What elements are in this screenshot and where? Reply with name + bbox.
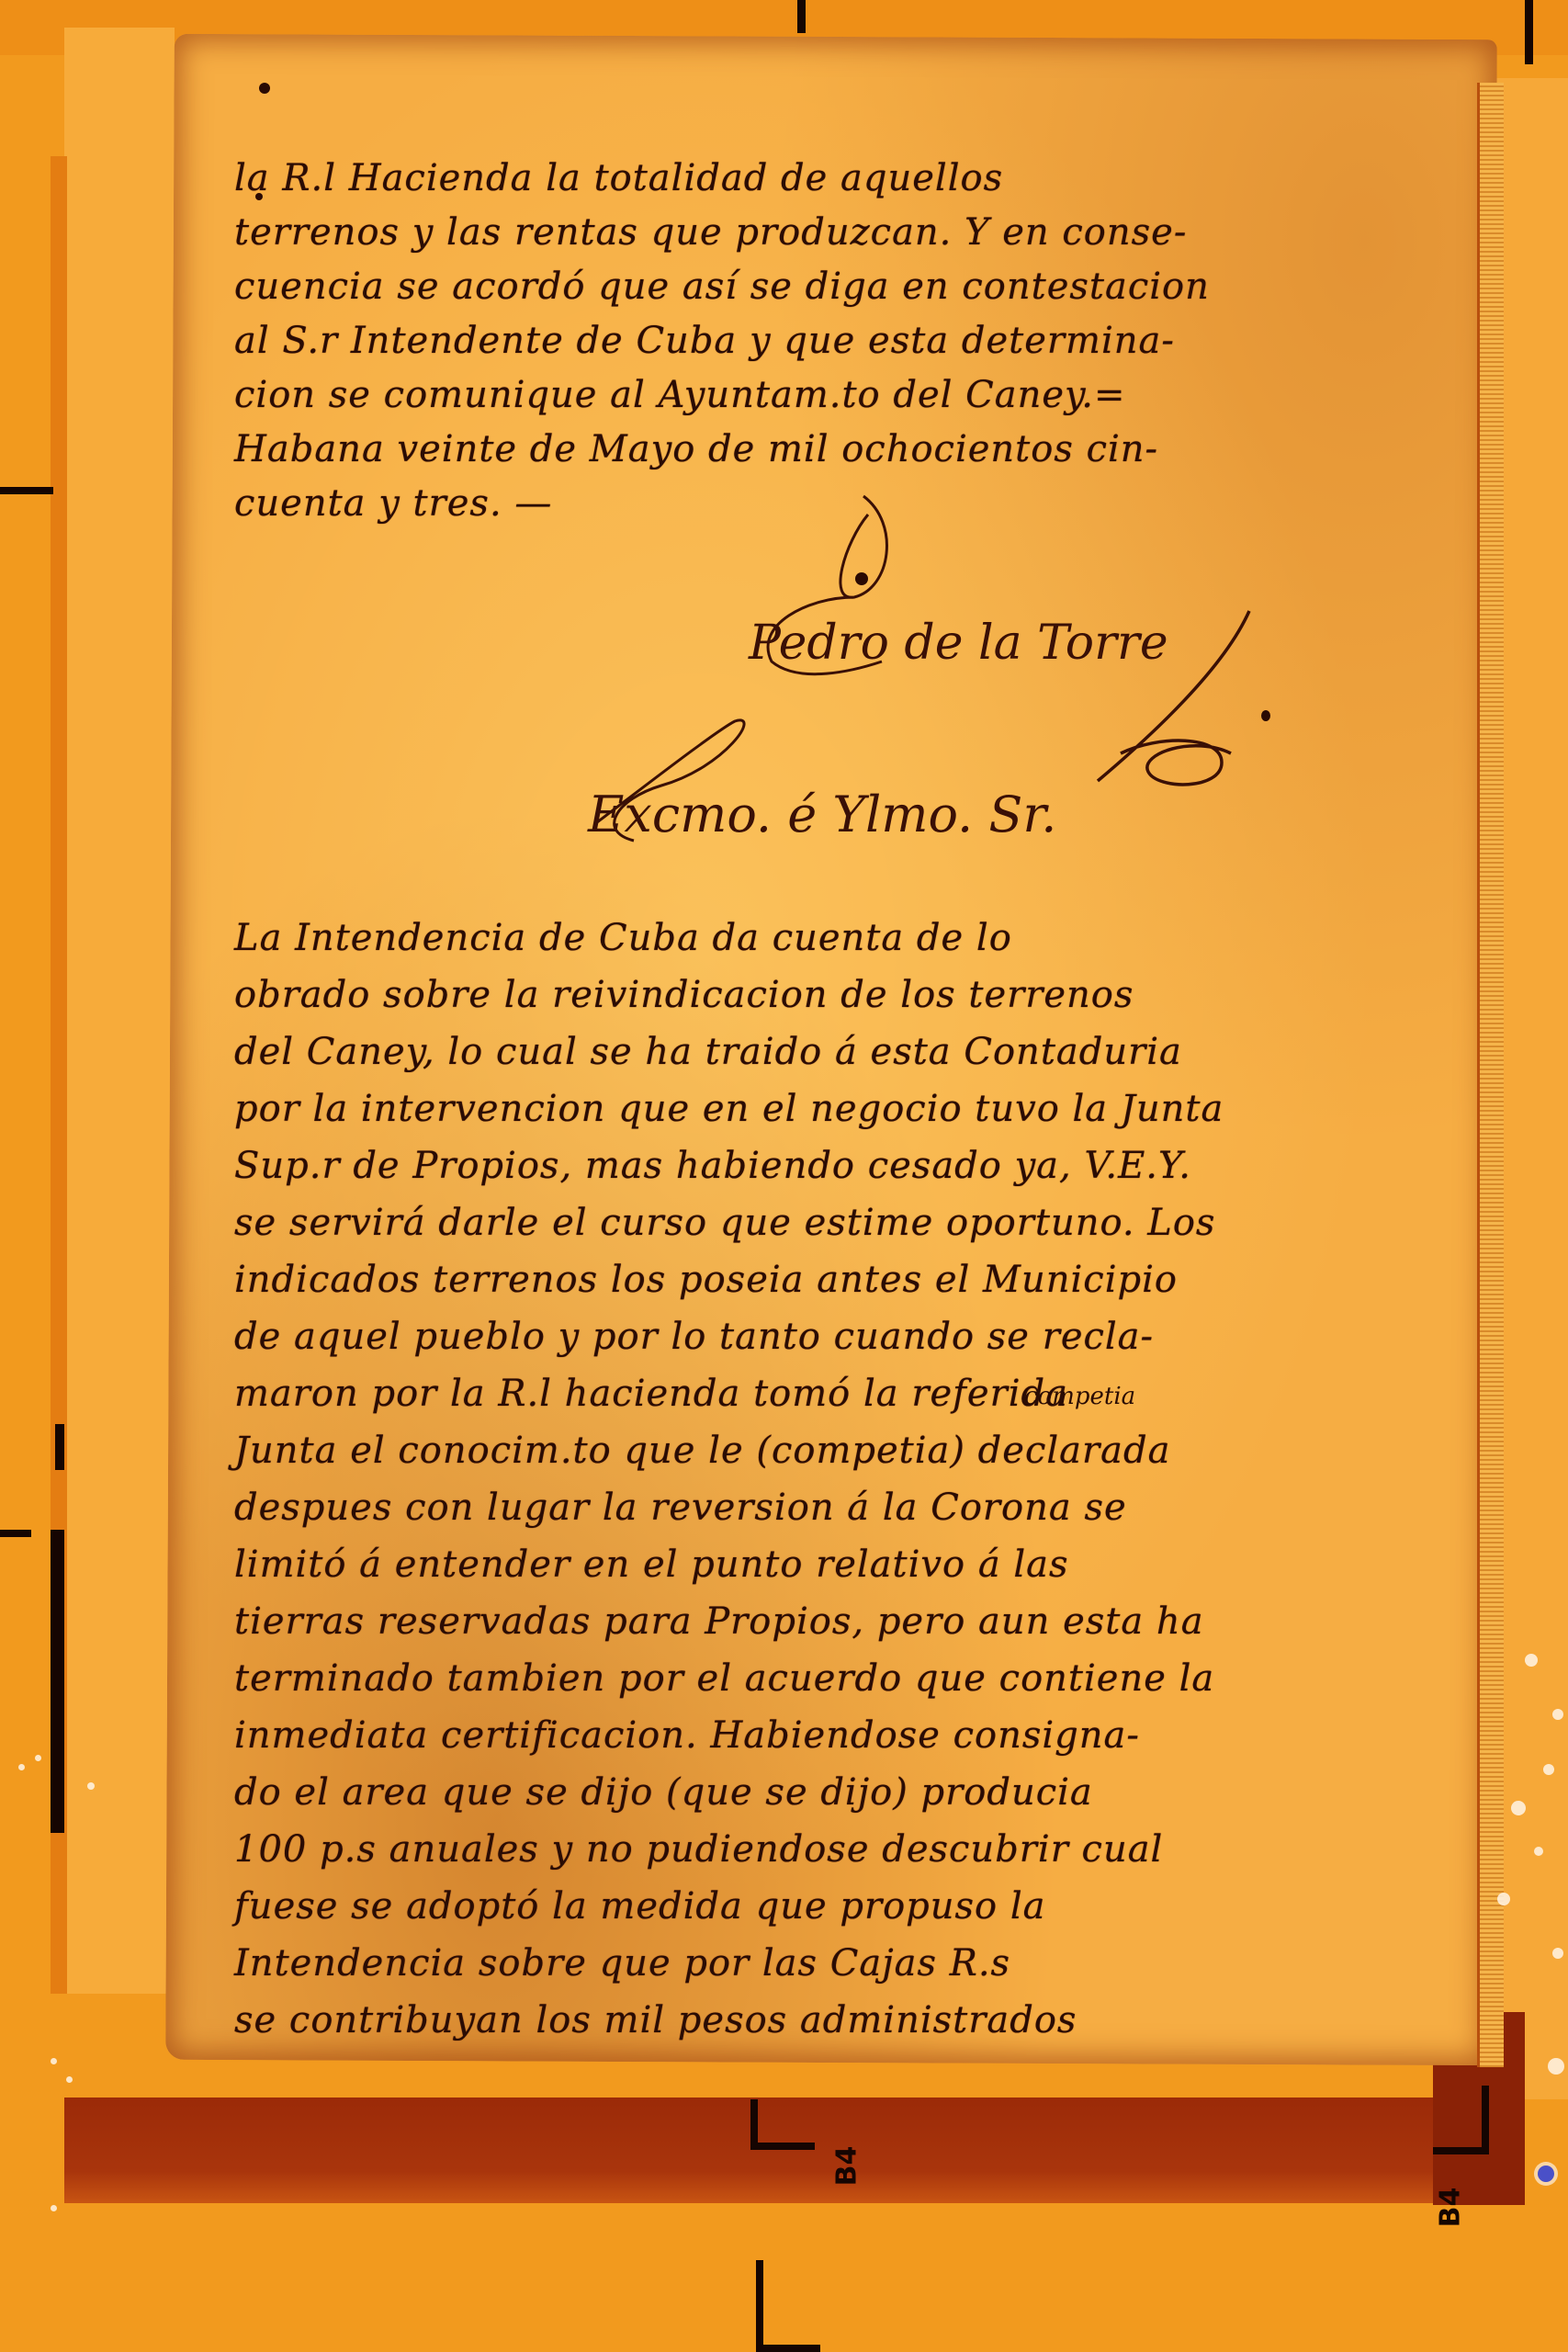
- manuscript-line: terminado tambien por el acuerdo que con…: [234, 1650, 1465, 1707]
- manuscript-line: 100 p.s anuales y no pudiendose descubri…: [234, 1821, 1465, 1878]
- manuscript-line: del Caney, lo cual se ha traido á esta C…: [234, 1023, 1465, 1080]
- interlinear-correction: competia: [1024, 1383, 1135, 1410]
- crop-mark: [0, 1530, 31, 1537]
- manuscript-line: terrenos y las rentas que produzcan. Y e…: [234, 206, 1465, 260]
- archive-label-b4: B4: [830, 2146, 863, 2187]
- dust-spot: [1552, 1709, 1563, 1720]
- manuscript-line: Junta el conocim.to que le (competia) de…: [234, 1422, 1465, 1479]
- dust-spot: [87, 1782, 95, 1790]
- crop-mark-corner: [750, 2143, 815, 2150]
- manuscript-line: inmediata certificacion. Habiendose cons…: [234, 1707, 1465, 1764]
- signature-rubric-icon: [1084, 597, 1286, 808]
- archive-label-b4: B4: [1434, 2188, 1466, 2228]
- crop-mark-corner: [1482, 2086, 1489, 2154]
- manuscript-line: cion se comunique al Ayuntam.to del Cane…: [234, 368, 1465, 423]
- paragraph-report: La Intendencia de Cuba da cuenta de lo o…: [234, 910, 1465, 2049]
- dust-spot: [18, 1764, 25, 1770]
- dust-spot: [51, 2205, 57, 2211]
- dust-spot: [1543, 1764, 1554, 1775]
- crop-mark: [51, 1530, 64, 1833]
- manuscript-line: Habana veinte de Mayo de mil ochocientos…: [234, 423, 1465, 477]
- manuscript-line: se servirá darle el curso que estime opo…: [234, 1194, 1465, 1251]
- paragraph-resolution: la R.l Hacienda la totalidad de aquellos…: [234, 152, 1465, 531]
- crop-mark-corner: [756, 2345, 820, 2352]
- manuscript-line: do el area que se dijo (que se dijo) pro…: [234, 1764, 1465, 1821]
- dust-spot: [51, 2058, 57, 2064]
- page-shadow-band: [64, 2098, 1497, 2203]
- crop-mark-corner: [756, 2260, 763, 2352]
- dust-spot: [1548, 2058, 1564, 2075]
- dust-spot: [66, 2076, 73, 2083]
- crop-mark: [1525, 0, 1533, 64]
- dust-spot: [1497, 1893, 1510, 1905]
- dust-spot: [1511, 1801, 1526, 1815]
- manuscript-line: Sup.r de Propios, mas habiendo cesado ya…: [234, 1137, 1465, 1194]
- manuscript-line: la R.l Hacienda la totalidad de aquellos: [234, 152, 1465, 206]
- manuscript-line: fuese se adoptó la medida que propuso la: [234, 1878, 1465, 1935]
- crop-mark: [55, 1424, 64, 1470]
- salutation-heading: Excmo. é Ylmo. Sr.: [588, 786, 1056, 843]
- manuscript-line: cuencia se acordó que así se diga en con…: [234, 260, 1465, 314]
- dust-spot: [35, 1755, 41, 1761]
- manuscript-line: maron por la R.l hacienda tomó la referi…: [234, 1365, 1465, 1422]
- manuscript-line: Intendencia sobre que por las Cajas R.s: [234, 1935, 1465, 1992]
- manuscript-line: tierras reservadas para Propios, pero au…: [234, 1593, 1465, 1650]
- backing-sheet-left: [64, 28, 175, 1994]
- crop-mark-corner: [1433, 2147, 1489, 2154]
- manuscript-line: se contribuyan los mil pesos administrad…: [234, 1992, 1465, 2049]
- manuscript-line: al S.r Intendente de Cuba y que esta det…: [234, 314, 1465, 368]
- dust-spot: [1534, 1847, 1543, 1856]
- dust-spot: [1552, 1948, 1563, 1959]
- dust-spot-blue: [1538, 2165, 1554, 2182]
- manuscript-line: limitó á entender en el punto relativo á…: [234, 1536, 1465, 1593]
- manuscript-line: despues con lugar la reversion á la Coro…: [234, 1479, 1465, 1536]
- manuscript-line: de aquel pueblo y por lo tanto cuando se…: [234, 1308, 1465, 1365]
- manuscript-line: La Intendencia de Cuba da cuenta de lo: [234, 910, 1465, 967]
- crop-mark: [797, 0, 806, 33]
- dust-spot: [1525, 1654, 1538, 1667]
- ink-blot: [259, 83, 270, 94]
- manuscript-line: indicados terrenos los poseia antes el M…: [234, 1251, 1465, 1308]
- page-stitched-edge: [1477, 83, 1504, 2067]
- crop-mark: [0, 487, 53, 494]
- manuscript-line: obrado sobre la reivindicacion de los te…: [234, 967, 1465, 1023]
- manuscript-line: por la intervencion que en el negocio tu…: [234, 1080, 1465, 1137]
